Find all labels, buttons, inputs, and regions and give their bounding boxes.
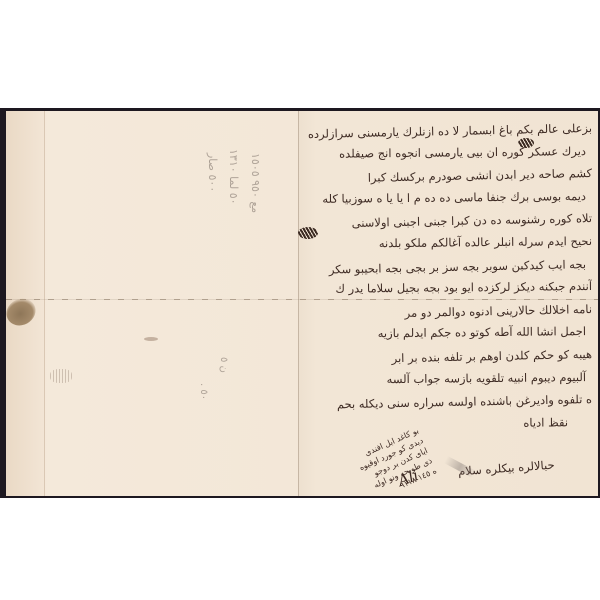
letter-line: ديمه بوسى برك جنفا ماسى ده ده م ا يا يا … [308, 185, 592, 211]
crossed-out-word [298, 227, 318, 239]
crossed-out-word [518, 138, 534, 148]
vertical-fold-line [298, 111, 299, 496]
letter-line: ديرك عسكر كوره ان بيى يارمسى انجوه انج ص… [308, 140, 592, 166]
stain-mark [144, 337, 158, 341]
pencil-note: مع ٩٥٠ ١٥٠٥ [249, 153, 262, 213]
letter-sheet: مع ٩٥٠ ١٥٠٥ ٥٠ لما ١٣١٠ ٥٠٠ صار ن ٥ ٥٠ .… [6, 111, 598, 496]
pencil-note: ٥٠ . [198, 383, 209, 400]
left-page: مع ٩٥٠ ١٥٠٥ ٥٠ لما ١٣١٠ ٥٠٠ صار ن ٥ ٥٠ . [6, 111, 298, 496]
letter-line: آلبيوم ديبوم انبيه تلقويه بازسه جواب آلس… [308, 366, 592, 392]
pencil-note: ٥٠ لما ١٣١٠ [227, 149, 240, 205]
smudge-mark [50, 369, 72, 383]
letter-line: نحيح ايدم سرله انبلر عالده آغالكم ملكو ب… [308, 230, 592, 256]
letter-line: اجمل انشا الله آطه كوتو ده جكم ايدلم باز… [308, 320, 592, 346]
pencil-note: ٥٠٠ صار [206, 153, 219, 192]
pencil-note: ن ٥ [218, 357, 229, 373]
letter-body: بزعلى عالم بكم باغ ابسمار لا ده ازنلرك ي… [308, 117, 592, 433]
letter-line: نقظ ادياه [308, 411, 592, 437]
letter-line: آنندم جبكنه ديكز لركزده ايو بود بجه بجيل… [308, 275, 592, 301]
